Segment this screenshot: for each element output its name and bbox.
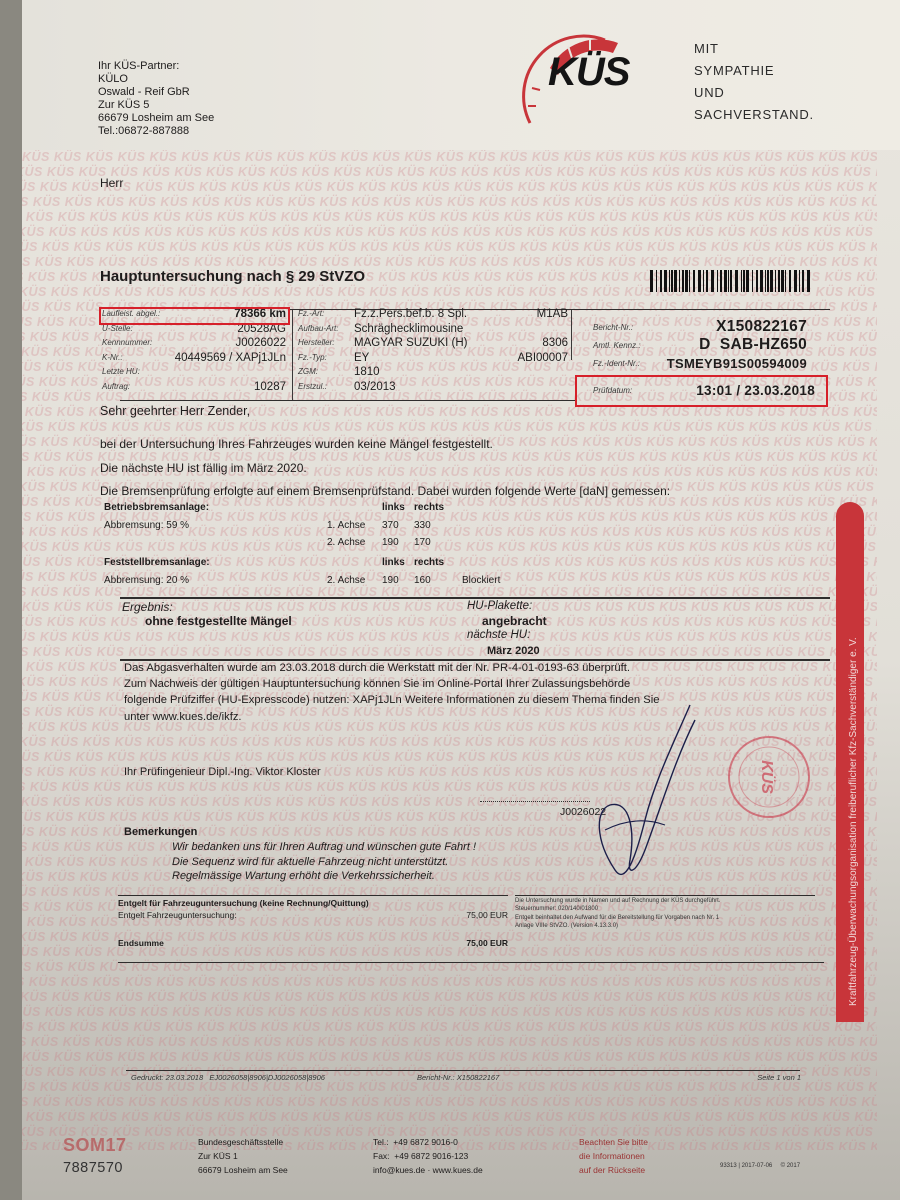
first-registration-label: Erstzul.:	[298, 382, 327, 391]
emissions-paragraph: Das Abgasverhalten wurde am 23.03.2018 d…	[124, 660, 824, 725]
body-type-label: Aufbau-Art:	[298, 324, 338, 333]
brake-note: Blockiert	[462, 575, 500, 586]
brake-force-right: 160	[414, 575, 431, 586]
head-office-address: Bundesgeschäftsstelle Zur KÜS 1 66679 Lo…	[198, 1135, 288, 1177]
letter-paragraph: Die Bremsenprüfung erfolgte auf einem Br…	[100, 484, 670, 498]
vehicle-info-right: Bericht-Nr.: X150822167 Amtl. Kennz.: D …	[575, 318, 815, 372]
gross-weight-value: 1810	[354, 366, 380, 378]
mileage-highlight-box	[99, 307, 290, 325]
next-hu-value: März 2020	[487, 645, 540, 657]
license-plate-value: D SAB-HZ650	[699, 336, 807, 354]
type-approval-code: ABI00007	[517, 352, 568, 364]
partner-name: KÜLO	[98, 73, 214, 86]
info-row-inspection-date: Prüfdatum: 13:01 / 23.03.2018	[575, 381, 823, 399]
partner-company: Oswald - Reif GbR	[98, 86, 214, 99]
partner-phone: Tel.:06872-887888	[98, 125, 214, 138]
info-row-model-type: Fz.-Typ: EY ABI00007	[298, 352, 568, 367]
fee-note-line: Steuernummer: 020/140/01800	[515, 905, 815, 913]
id-number-label: Kennnummer:	[102, 338, 152, 347]
table-header: Betriebsbremsanlage: links rechts	[100, 502, 520, 520]
official-stamp-icon: KÜS	[724, 732, 814, 822]
braking-percentage: Abbremsung: 20 %	[104, 575, 189, 586]
manufacturer-code: 8306	[542, 337, 568, 349]
brake-force-right: 170	[414, 537, 431, 548]
info-row-body-type: Aufbau-Art: Schräghecklimousine	[298, 323, 568, 338]
info-row-id-number: Kennnummer: J0026022	[100, 337, 290, 352]
emissions-line: unter www.kues.de/ikfz.	[124, 709, 824, 725]
result-value: ohne festgestellte Mängel	[145, 614, 292, 628]
remark-line: Die Sequenz wird für aktuelle Fahrzeug n…	[172, 855, 476, 870]
slogan-line: UND	[694, 82, 814, 104]
fee-section: Entgelt für Fahrzeuguntersuchung (keine …	[118, 896, 508, 952]
info-row-report-number: Bericht-Nr.: X150822167	[575, 318, 815, 336]
fee-item-label: Entgelt Fahrzeuguntersuchung:	[118, 910, 237, 920]
emissions-line: folgende Prüfziffer (HU-Expresscode) nut…	[124, 692, 824, 708]
office-line: Bundesgeschäftsstelle	[198, 1135, 288, 1149]
divider	[120, 597, 830, 599]
side-band-text: Kraftfahrzeug-Überwachungsorganisation f…	[840, 496, 868, 1016]
remark-line: Regelmässige Wartung erhöht die Verkehrs…	[172, 869, 476, 884]
license-plate-label: Amtl. Kennz.:	[593, 341, 641, 350]
remarks-lines: Wir bedanken uns für Ihren Auftrag und w…	[172, 840, 476, 884]
divider	[126, 1070, 800, 1071]
brake-force-left: 190	[382, 575, 399, 586]
report-number-label: Bericht-Nr.:	[593, 323, 633, 332]
page-number: Seite 1 von 1	[757, 1073, 801, 1082]
customer-number-label: K-Nr.:	[102, 353, 123, 362]
next-hu-label: nächste HU:	[467, 629, 530, 641]
letter-paragraph: Die nächste HU ist fällig im März 2020.	[100, 461, 307, 475]
remarks-title: Bemerkungen	[124, 826, 197, 838]
back-page-notice: Beachten Sie bitte die Informationen auf…	[579, 1135, 648, 1177]
parking-brake-table: Feststellbremsanlage: links rechts Abbre…	[100, 557, 520, 592]
col-right-header: rechts	[414, 502, 444, 513]
result-label: Ergebnis:	[122, 600, 173, 614]
model-type-value: EY	[354, 352, 369, 364]
customer-number-value: 40449569 / XAPj1JLn	[175, 352, 286, 364]
col-left-header: links	[382, 502, 405, 513]
remark-line: Wir bedanken uns für Ihren Auftrag und w…	[172, 840, 476, 855]
divider	[120, 400, 575, 401]
print-date: Gedruckt: 23.03.2018 EJ0026058|8906|DJ00…	[131, 1073, 325, 1082]
info-row-customer-number: K-Nr.: 40449569 / XAPj1JLn	[100, 352, 290, 367]
recipient-salutation: Herr	[100, 176, 123, 190]
body-type-value: Schräghecklimousine	[354, 323, 463, 335]
col-right-header: rechts	[414, 557, 444, 568]
info-row-manufacturer: Hersteller: MAGYAR SUZUKI (H) 8306	[298, 337, 568, 352]
table-header: Feststellbremsanlage: links rechts	[100, 557, 520, 575]
fee-item-row: Entgelt Fahrzeuguntersuchung: 75,00 EUR	[118, 910, 508, 924]
table-row: Abbremsung: 59 % 1. Achse 370 330	[100, 520, 520, 538]
kues-logo: KÜS	[510, 28, 700, 128]
report-number-value: X150822167	[716, 318, 807, 336]
form-number: 7887570	[63, 1160, 123, 1176]
emissions-line: Das Abgasverhalten wurde am 23.03.2018 d…	[124, 660, 824, 676]
fax: Fax: +49 6872 9016-123	[373, 1149, 483, 1163]
fee-note: Die Untersuchung wurde in Namen und auf …	[515, 897, 815, 931]
partner-label: Ihr KÜS-Partner:	[98, 60, 214, 73]
fee-total-row: Endsumme 75,00 EUR	[118, 938, 508, 952]
info-row-vehicle-type: Fz.-Art: Fz.z.Pers.bef.b. 8 Spl. M1AB	[298, 308, 568, 323]
info-row-gross-weight: ZGM: 1810	[298, 366, 568, 381]
fee-note-line: Anlage VIIIe StVZO. (Version 4.13.3.0)	[515, 922, 815, 930]
vehicle-info-middle: Fz.-Art: Fz.z.Pers.bef.b. 8 Spl. M1AB Au…	[298, 308, 568, 395]
info-row-order: Auftrag: 10287	[100, 381, 290, 396]
axle-label: 2. Achse	[327, 575, 365, 586]
service-brake-title: Betriebsbremsanlage:	[104, 502, 209, 513]
brake-force-left: 370	[382, 520, 399, 531]
braking-percentage: Abbremsung: 59 %	[104, 520, 189, 531]
barcode-icon	[650, 270, 810, 292]
parking-brake-title: Feststellbremsanlage:	[104, 557, 210, 568]
slogan-line: MIT	[694, 38, 814, 60]
info-row-license-plate: Amtl. Kennz.: D SAB-HZ650	[575, 336, 815, 354]
fee-total-label: Endsumme	[118, 938, 164, 948]
slogan-line: SYMPATHIE	[694, 60, 814, 82]
divider	[118, 962, 824, 963]
table-row: Abbremsung: 20 % 2. Achse 190 160 Blocki…	[100, 575, 520, 593]
divider	[515, 895, 815, 896]
order-label: Auftrag:	[102, 382, 130, 391]
brake-force-right: 330	[414, 520, 431, 531]
partner-street: Zur KÜS 5	[98, 99, 214, 112]
last-hu-label: Letzte HU:	[102, 367, 140, 376]
sticker-label: HU-Plakette:	[467, 600, 532, 612]
first-registration-value: 03/2013	[354, 381, 396, 393]
document-title: Hauptuntersuchung nach § 29 StVZO	[100, 268, 365, 285]
notice-line: auf der Rückseite	[579, 1163, 648, 1177]
office-line: 66679 Losheim am See	[198, 1163, 288, 1177]
info-row-vin: Fz.-Ident-Nr.: TSMEYB91S00594009	[575, 354, 815, 372]
vin-value: TSMEYB91S00594009	[667, 356, 807, 371]
info-row-first-registration: Erstzul.: 03/2013	[298, 381, 568, 396]
letter-paragraph: bei der Untersuchung Ihres Fahrzeuges wu…	[100, 437, 493, 451]
fee-note-line: Die Untersuchung wurde in Namen und auf …	[515, 897, 815, 905]
engineer-name: Ihr Prüfingenieur Dipl.-Ing. Viktor Klos…	[124, 766, 321, 778]
id-number-value: J0026022	[235, 337, 286, 349]
phone: Tel.: +49 6872 9016-0	[373, 1135, 483, 1149]
vehicle-type-value: Fz.z.Pers.bef.b. 8 Spl.	[354, 308, 467, 320]
divider	[571, 310, 572, 360]
signature-icon	[535, 700, 705, 890]
axle-label: 2. Achse	[327, 537, 365, 548]
form-version: 93313 | 2017-07-06 © 2017	[720, 1163, 800, 1169]
order-value: 10287	[254, 381, 286, 393]
partner-address: Ihr KÜS-Partner: KÜLO Oswald - Reif GbR …	[98, 60, 214, 138]
inspection-date-label: Prüfdatum:	[593, 386, 632, 395]
fee-total-value: 75,00 EUR	[466, 938, 508, 948]
partner-city: 66679 Losheim am See	[98, 112, 214, 125]
manufacturer-label: Hersteller:	[298, 338, 334, 347]
vehicle-class-code: M1AB	[537, 308, 568, 320]
notice-line: Beachten Sie bitte	[579, 1135, 648, 1149]
letter-greeting: Sehr geehrter Herr Zender,	[100, 404, 250, 418]
security-watermark: KÜS KÜS KÜS KÜS KÜS KÜS KÜS KÜS KÜS KÜS …	[22, 150, 877, 1150]
col-left-header: links	[382, 557, 405, 568]
print-report-number: Bericht-Nr.: X150822167	[417, 1073, 499, 1082]
vehicle-type-label: Fz.-Art:	[298, 309, 324, 318]
slogan-line: SACHVERSTAND.	[694, 104, 814, 126]
axle-label: 1. Achse	[327, 520, 365, 531]
office-line: Zur KÜS 1	[198, 1149, 288, 1163]
side-band: Kraftfahrzeug-Überwachungsorganisation f…	[836, 502, 864, 1022]
fee-note-line: Entgelt beinhaltet den Aufwand für die B…	[515, 914, 815, 922]
manufacturer-value: MAGYAR SUZUKI (H)	[354, 337, 468, 349]
svg-text:KÜS: KÜS	[758, 760, 777, 794]
form-code: SOM17	[63, 1135, 127, 1156]
divider	[292, 310, 293, 400]
logo-wordmark: KÜS	[548, 50, 629, 95]
gross-weight-label: ZGM:	[298, 367, 318, 376]
contact-info: Tel.: +49 6872 9016-0 Fax: +49 6872 9016…	[373, 1135, 483, 1177]
service-brake-table: Betriebsbremsanlage: links rechts Abbrem…	[100, 502, 520, 555]
model-type-label: Fz.-Typ:	[298, 353, 327, 362]
vin-label: Fz.-Ident-Nr.:	[593, 359, 640, 368]
inspection-date: Prüfdatum: 13:01 / 23.03.2018	[575, 381, 823, 399]
info-row-last-hu: Letzte HU:	[100, 366, 290, 381]
sticker-value: angebracht	[482, 614, 547, 628]
fee-item-value: 75,00 EUR	[466, 910, 508, 920]
brake-force-left: 190	[382, 537, 399, 548]
table-row: 2. Achse 190 170	[100, 537, 520, 555]
email-website: info@kues.de · www.kues.de	[373, 1163, 483, 1177]
logo-slogan: MIT SYMPATHIE UND SACHVERSTAND.	[694, 38, 814, 126]
notice-line: die Informationen	[579, 1149, 648, 1163]
inspection-date-value: 13:01 / 23.03.2018	[696, 383, 815, 398]
emissions-line: Zum Nachweis der gültigen Hauptuntersuch…	[124, 676, 824, 692]
